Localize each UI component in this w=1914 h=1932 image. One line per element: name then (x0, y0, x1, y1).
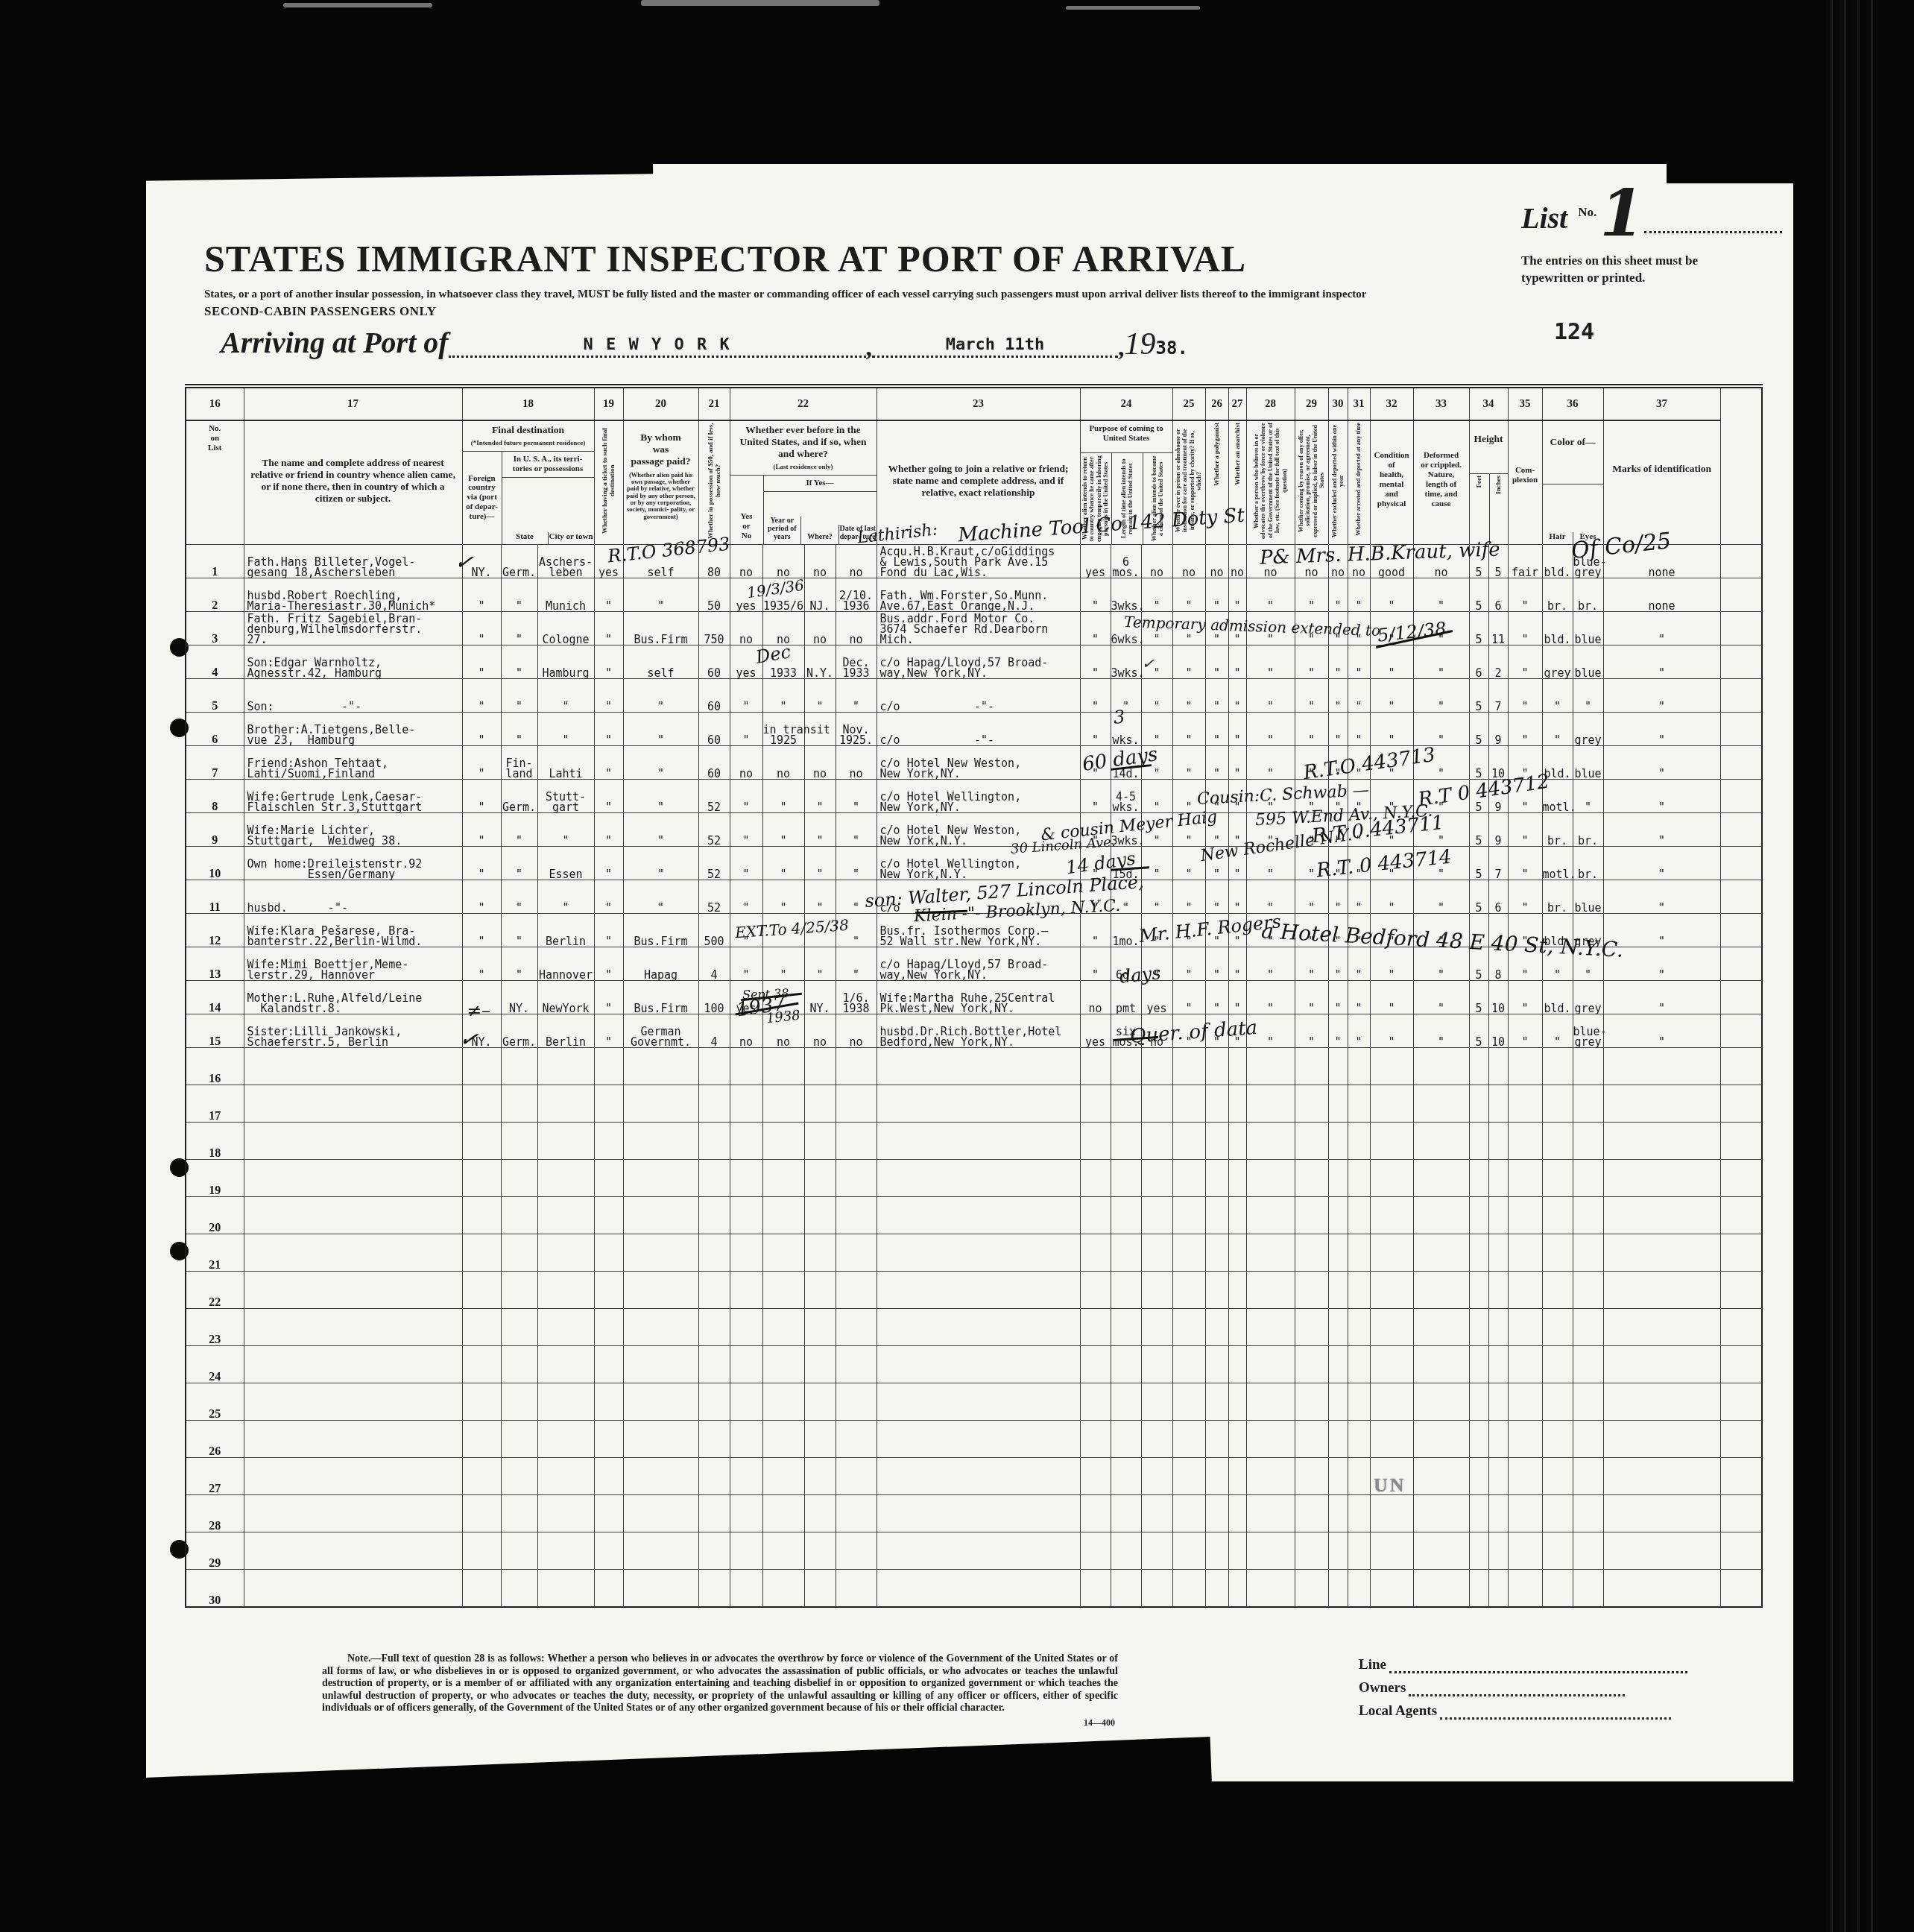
cell-q27: " (1228, 813, 1246, 847)
cell-p_length: 6 mos. (1111, 545, 1141, 578)
cell-p_return (1080, 1570, 1111, 1607)
cell-no: 24 (186, 1346, 244, 1383)
cell-hair (1542, 1532, 1573, 1570)
cell-p_length: " (1111, 880, 1141, 914)
cell-hair (1542, 1346, 1573, 1383)
cell-b_year (762, 1085, 804, 1123)
cell-q27 (1228, 1495, 1246, 1532)
line-label: Line (1359, 1657, 1386, 1673)
cell-ticket (594, 1085, 623, 1123)
cell-q27: " (1228, 780, 1246, 813)
cell-complexion (1508, 1421, 1542, 1458)
cell-complexion (1508, 1272, 1542, 1309)
cell-paid: " (623, 713, 698, 746)
cell-relative (244, 1197, 462, 1234)
cell-deformed: " (1413, 847, 1469, 880)
cell-b_where (804, 1532, 836, 1570)
cell-hair: " (1542, 713, 1573, 746)
cell-b_yn: yes (730, 645, 762, 679)
cell-q26 (1205, 1495, 1228, 1532)
cell-complexion: " (1508, 847, 1542, 880)
cell-marks (1603, 1123, 1720, 1160)
cell-ticket: " (594, 746, 623, 780)
cell-q25 (1172, 1570, 1205, 1607)
cell-hair: " (1542, 679, 1573, 713)
cell-city (537, 1421, 594, 1458)
cell-q27 (1228, 1234, 1246, 1272)
cell-inches (1488, 1123, 1508, 1160)
cell-b_year: 1935/6 (762, 578, 804, 612)
cell-inches: 2 (1488, 645, 1508, 679)
cell-health (1370, 1570, 1413, 1607)
cell-b_where: NY. (804, 981, 836, 1014)
question-28-footnote: Note.—Full text of question 28 is as fol… (322, 1653, 1118, 1715)
cell-joining (877, 1495, 1080, 1532)
cell-foreign: " (462, 847, 501, 880)
cell-feet: 5 (1469, 679, 1488, 713)
cell-no: 22 (186, 1272, 244, 1309)
cell-q25: " (1172, 645, 1205, 679)
cell-q31 (1348, 1085, 1370, 1123)
cell-q28 (1246, 1309, 1295, 1346)
if-yes-label: If Yes— (764, 476, 877, 492)
cell-relative (244, 1421, 462, 1458)
cell-state: " (501, 612, 537, 645)
cell-city: Munich (537, 578, 594, 612)
cell-eyes (1573, 1346, 1603, 1383)
col-date-departure: Date of last depar- ture (838, 525, 877, 544)
cell-no: 8 (186, 780, 244, 813)
cell-deformed (1413, 1085, 1469, 1123)
cell-city: NewYork (537, 981, 594, 1014)
cell-b_date (836, 1532, 877, 1570)
cell-state (501, 1346, 537, 1383)
cell-marks (1603, 1234, 1720, 1272)
cell-q28: " (1246, 679, 1295, 713)
cell-feet: 5 (1469, 780, 1488, 813)
empty-row: 25 (186, 1383, 1762, 1421)
cell-q27: " (1228, 713, 1246, 746)
cell-money: 4 (698, 1014, 730, 1048)
cell-margin (1720, 746, 1762, 780)
cell-hair: grey (1542, 645, 1573, 679)
cell-p_return (1080, 1048, 1111, 1085)
cell-q28 (1246, 1421, 1295, 1458)
cell-p_length: six mos. (1111, 1014, 1141, 1048)
cell-joining: Bus.addr.Ford Motor Co. 3674 Schaefer Rd… (877, 612, 1080, 645)
film-scratch (283, 3, 432, 7)
cell-joining: c/o Hotel New Weston, New York,NY. (877, 746, 1080, 780)
cell-q26: " (1205, 981, 1228, 1014)
cell-joining (877, 1160, 1080, 1197)
cell-p_return: " (1080, 780, 1111, 813)
cell-b_year: no (762, 746, 804, 780)
cell-q28: " (1246, 847, 1295, 880)
cell-health: " (1370, 746, 1413, 780)
cell-health: " (1370, 981, 1413, 1014)
cell-city: Aschers- leben (537, 545, 594, 578)
cell-b_where (804, 1197, 836, 1234)
cell-no: 19 (186, 1160, 244, 1197)
empty-row: 22 (186, 1272, 1762, 1309)
col-year-period: Year or period of years (764, 517, 802, 544)
port-value: N E W Y O R K (584, 335, 731, 354)
cell-p_length: " (1111, 679, 1141, 713)
cell-joining (877, 1123, 1080, 1160)
cell-feet (1469, 1458, 1488, 1495)
cell-q27 (1228, 1458, 1246, 1495)
cell-p_return: " (1080, 713, 1111, 746)
cell-b_where: " (804, 947, 836, 981)
cell-p_return (1080, 1421, 1111, 1458)
col-passage-paid: By whom was passage paid?(Whether alien … (623, 420, 698, 545)
cell-no: 3 (186, 612, 244, 645)
cell-q28 (1246, 1048, 1295, 1085)
cell-p_return: " (1080, 880, 1111, 914)
list-number-value: 1 (1599, 195, 1644, 233)
cell-b_yn: " (730, 679, 762, 713)
cell-city: Stutt- gart (537, 780, 594, 813)
cell-eyes (1573, 1421, 1603, 1458)
cell-p_return: " (1080, 847, 1111, 880)
cell-ticket: " (594, 981, 623, 1014)
cell-joining (877, 1421, 1080, 1458)
empty-row: 28 (186, 1495, 1762, 1532)
passenger-row: 15Sister:Lilli Jankowski, Schaeferstr.5,… (186, 1014, 1762, 1048)
cell-q25: " (1172, 981, 1205, 1014)
cell-health: " (1370, 612, 1413, 645)
cell-joining: c/o Hotel Wellington, New York,N.Y. (877, 847, 1080, 880)
cell-q31 (1348, 1197, 1370, 1234)
cell-q30 (1328, 1570, 1348, 1607)
passenger-row: 9Wife:Marie Lichter, Stuttgart, Weidweg … (186, 813, 1762, 847)
cell-marks (1603, 1532, 1720, 1570)
cell-state: " (501, 713, 537, 746)
cell-marks: " (1603, 780, 1720, 813)
cell-marks (1603, 1272, 1720, 1309)
cell-margin (1720, 1346, 1762, 1383)
cell-state: " (501, 880, 537, 914)
cell-b_where: " (804, 780, 836, 813)
cell-p_return: yes (1080, 545, 1111, 578)
cell-p_length (1111, 1197, 1141, 1234)
cell-feet: 5 (1469, 847, 1488, 880)
cell-q29: " (1295, 679, 1328, 713)
cell-b_year (762, 1048, 804, 1085)
cell-q26 (1205, 1197, 1228, 1234)
colno-26: 26 (1205, 386, 1228, 420)
cell-p_length (1111, 1346, 1141, 1383)
cell-hair (1542, 1048, 1573, 1085)
cell-deformed (1413, 1160, 1469, 1197)
cell-b_date (836, 1160, 877, 1197)
cell-paid: " (623, 780, 698, 813)
cell-b_yn (730, 1346, 762, 1383)
cell-q27: " (1228, 947, 1246, 981)
cell-q28 (1246, 1346, 1295, 1383)
cell-no: 28 (186, 1495, 244, 1532)
cell-eyes (1573, 1048, 1603, 1085)
cell-city: Berlin (537, 1014, 594, 1048)
cell-p_citizen: " (1141, 578, 1172, 612)
cell-paid (623, 1532, 698, 1570)
cell-q30: no (1328, 545, 1348, 578)
cell-ticket: yes (594, 545, 623, 578)
cell-joining: c/o -"- (877, 679, 1080, 713)
cell-money: 60 (698, 645, 730, 679)
cell-no: 20 (186, 1197, 244, 1234)
cell-b_yn (730, 1197, 762, 1234)
cell-q29 (1295, 1570, 1328, 1607)
cell-paid (623, 1272, 698, 1309)
cell-money: 750 (698, 612, 730, 645)
cell-margin (1720, 981, 1762, 1014)
cell-p_return (1080, 1272, 1111, 1309)
colno-37: 37 (1603, 386, 1720, 420)
cell-joining: c/o (877, 880, 1080, 914)
cell-b_yn (730, 1048, 762, 1085)
cell-p_citizen: " (1141, 645, 1172, 679)
cell-p_citizen (1141, 1495, 1172, 1532)
cell-eyes: grey (1573, 713, 1603, 746)
cell-state (501, 1532, 537, 1570)
date-value: March 11th (946, 335, 1044, 354)
cell-q27: " (1228, 578, 1246, 612)
cell-q28 (1246, 1085, 1295, 1123)
cell-hair: bld. (1542, 914, 1573, 947)
cell-eyes: " (1573, 947, 1603, 981)
cell-money: 60 (698, 713, 730, 746)
cell-p_return: " (1080, 813, 1111, 847)
passenger-row: 2husbd.Robert Roechling, Maria-Theresias… (186, 578, 1762, 612)
cell-q27: " (1228, 880, 1246, 914)
cell-p_return (1080, 1532, 1111, 1570)
cell-eyes (1573, 1085, 1603, 1123)
cell-complexion: " (1508, 578, 1542, 612)
cell-ticket (594, 1383, 623, 1421)
cell-margin (1720, 1495, 1762, 1532)
cell-state (501, 1085, 537, 1123)
cell-p_return: " (1080, 612, 1111, 645)
cell-money (698, 1383, 730, 1421)
cell-q29: " (1295, 813, 1328, 847)
cell-b_year (762, 1123, 804, 1160)
cell-b_where: " (804, 813, 836, 847)
cell-p_citizen: " (1141, 947, 1172, 981)
cell-complexion (1508, 1383, 1542, 1421)
cell-inches: 10 (1488, 981, 1508, 1014)
cell-paid (623, 1309, 698, 1346)
cell-b_where (804, 1495, 836, 1532)
cell-joining: Wife:Martha Ruhe,25Central Pk.West,New Y… (877, 981, 1080, 1014)
cell-paid (623, 1234, 698, 1272)
cell-b_date: " (836, 880, 877, 914)
cell-city: Lahti (537, 746, 594, 780)
cell-city: " (537, 679, 594, 713)
cell-ticket: " (594, 780, 623, 813)
cell-b_where (804, 1346, 836, 1383)
cell-feet (1469, 1048, 1488, 1085)
cell-no: 7 (186, 746, 244, 780)
cell-b_date (836, 1197, 877, 1234)
cell-no: 23 (186, 1309, 244, 1346)
cell-p_return (1080, 1346, 1111, 1383)
cell-joining (877, 1346, 1080, 1383)
cell-q26: " (1205, 713, 1228, 746)
empty-row: 23 (186, 1309, 1762, 1346)
cell-q26 (1205, 1123, 1228, 1160)
cell-b_where (804, 1123, 836, 1160)
cell-deformed: " (1413, 947, 1469, 981)
cell-b_year: " (762, 780, 804, 813)
cell-b_yn (730, 1272, 762, 1309)
cell-b_year (762, 1495, 804, 1532)
cell-paid: Bus.Firm (623, 981, 698, 1014)
cell-deformed (1413, 1495, 1469, 1532)
cell-no: 18 (186, 1123, 244, 1160)
cell-hair (1542, 1570, 1573, 1607)
cell-no: 17 (186, 1085, 244, 1123)
cell-q31: " (1348, 578, 1370, 612)
cell-marks (1603, 1160, 1720, 1197)
cell-money: 60 (698, 679, 730, 713)
year-typed: 38. (1156, 338, 1188, 358)
cell-joining (877, 1197, 1080, 1234)
cell-complexion: fair (1508, 545, 1542, 578)
cell-q25 (1172, 1123, 1205, 1160)
cell-health: " (1370, 947, 1413, 981)
cell-money (698, 1160, 730, 1197)
cell-b_where (804, 1421, 836, 1458)
cell-b_yn (730, 1085, 762, 1123)
cell-city: Berlin (537, 914, 594, 947)
column-label-row: No. on List The name and complete addres… (186, 420, 1762, 545)
cell-q30 (1328, 1346, 1348, 1383)
cell-eyes: br. (1573, 813, 1603, 847)
cell-q25: " (1172, 713, 1205, 746)
cell-p_return: no (1080, 981, 1111, 1014)
cell-marks: " (1603, 847, 1720, 880)
passenger-row: 6Brother:A.Tietgens,Belle- vue 23, Hambu… (186, 713, 1762, 746)
cell-ticket (594, 1197, 623, 1234)
colno-34: 34 (1469, 386, 1508, 420)
cell-relative (244, 1234, 462, 1272)
page-title: STATES IMMIGRANT INSPECTOR AT PORT OF AR… (204, 237, 1246, 280)
cell-q30 (1328, 1272, 1348, 1309)
cell-p_citizen: no (1141, 1014, 1172, 1048)
cell-health: " (1370, 679, 1413, 713)
cell-paid: self (623, 645, 698, 679)
cell-deformed: " (1413, 1014, 1469, 1048)
cell-q30: " (1328, 981, 1348, 1014)
colno-32: 32 (1370, 386, 1413, 420)
cell-q27 (1228, 1570, 1246, 1607)
passenger-row: 13Wife:Mimi Boettjer,Meme- lerstr.29, Ha… (186, 947, 1762, 981)
cell-state (501, 1458, 537, 1495)
cell-q30 (1328, 1048, 1348, 1085)
scan-edge-bottom-left (130, 1737, 1214, 1875)
passenger-rows: 1Fath.Hans Billeter,Vogel- gesang 18,Asc… (186, 545, 1762, 1048)
year-printed: 19 (1125, 332, 1156, 358)
cell-joining: Bus.fr. Isothermos Corp.— 52 Wall str.Ne… (877, 914, 1080, 947)
cell-p_return (1080, 1234, 1111, 1272)
cell-inches (1488, 1383, 1508, 1421)
cell-p_length (1111, 1272, 1141, 1309)
cell-q25 (1172, 1346, 1205, 1383)
cell-b_date: " (836, 847, 877, 880)
passenger-row: 3Fath. Fritz Sagebiel,Bran- denburg,Wilh… (186, 612, 1762, 645)
cell-b_date: no (836, 746, 877, 780)
frame-page-number: 124 (1554, 319, 1782, 345)
cell-q26 (1205, 1570, 1228, 1607)
cell-margin (1720, 1014, 1762, 1048)
cell-deformed (1413, 1532, 1469, 1570)
cell-q27 (1228, 1197, 1246, 1234)
cell-q28 (1246, 1495, 1295, 1532)
cell-margin (1720, 612, 1762, 645)
col-health: Condition of health, mental and physical (1370, 420, 1413, 545)
cell-eyes: blue (1573, 880, 1603, 914)
col-anarchist: Whether an anarchist (1228, 420, 1246, 545)
cell-joining (877, 1309, 1080, 1346)
cell-paid (623, 1197, 698, 1234)
cell-no: 25 (186, 1383, 244, 1421)
cell-q31: " (1348, 847, 1370, 880)
cell-paid (623, 1458, 698, 1495)
cell-b_yn (730, 1309, 762, 1346)
owners-label: Owners (1359, 1680, 1406, 1696)
cell-b_where (804, 1048, 836, 1085)
cell-q27 (1228, 1346, 1246, 1383)
col-no-on-list: No. on List (186, 420, 244, 545)
local-agents-label: Local Agents (1359, 1703, 1437, 1720)
cell-foreign: " (462, 780, 501, 813)
cell-b_yn: " (730, 847, 762, 880)
cell-q31 (1348, 1048, 1370, 1085)
cell-foreign (462, 1495, 501, 1532)
cell-complexion: " (1508, 981, 1542, 1014)
cell-q31 (1348, 1123, 1370, 1160)
cell-margin (1720, 679, 1762, 713)
cell-hair: br. (1542, 813, 1573, 847)
cell-complexion: " (1508, 947, 1542, 981)
cell-q29: " (1295, 780, 1328, 813)
cell-q30: " (1328, 847, 1348, 880)
cell-q30: " (1328, 578, 1348, 612)
cell-q30 (1328, 1532, 1348, 1570)
cell-p_length: 1mo. (1111, 914, 1141, 947)
cell-health (1370, 1383, 1413, 1421)
cell-b_where (804, 1085, 836, 1123)
cell-q28: " (1246, 1014, 1295, 1048)
cell-q26 (1205, 1272, 1228, 1309)
cell-q31 (1348, 1309, 1370, 1346)
cell-feet (1469, 1532, 1488, 1570)
cell-q27: " (1228, 679, 1246, 713)
col-excluded-deported: Whether excluded and deported within one… (1328, 420, 1348, 545)
cell-q29 (1295, 1197, 1328, 1234)
cell-p_length: 6d. (1111, 947, 1141, 981)
cell-city (537, 1495, 594, 1532)
cell-inches (1488, 1346, 1508, 1383)
cell-p_citizen (1141, 1309, 1172, 1346)
empty-rows: 161718192021222324252627282930 (186, 1048, 1762, 1607)
cell-p_citizen: " (1141, 914, 1172, 947)
cell-foreign (462, 1346, 501, 1383)
cell-q28 (1246, 1570, 1295, 1607)
cell-b_yn (730, 1532, 762, 1570)
cell-ticket (594, 1570, 623, 1607)
